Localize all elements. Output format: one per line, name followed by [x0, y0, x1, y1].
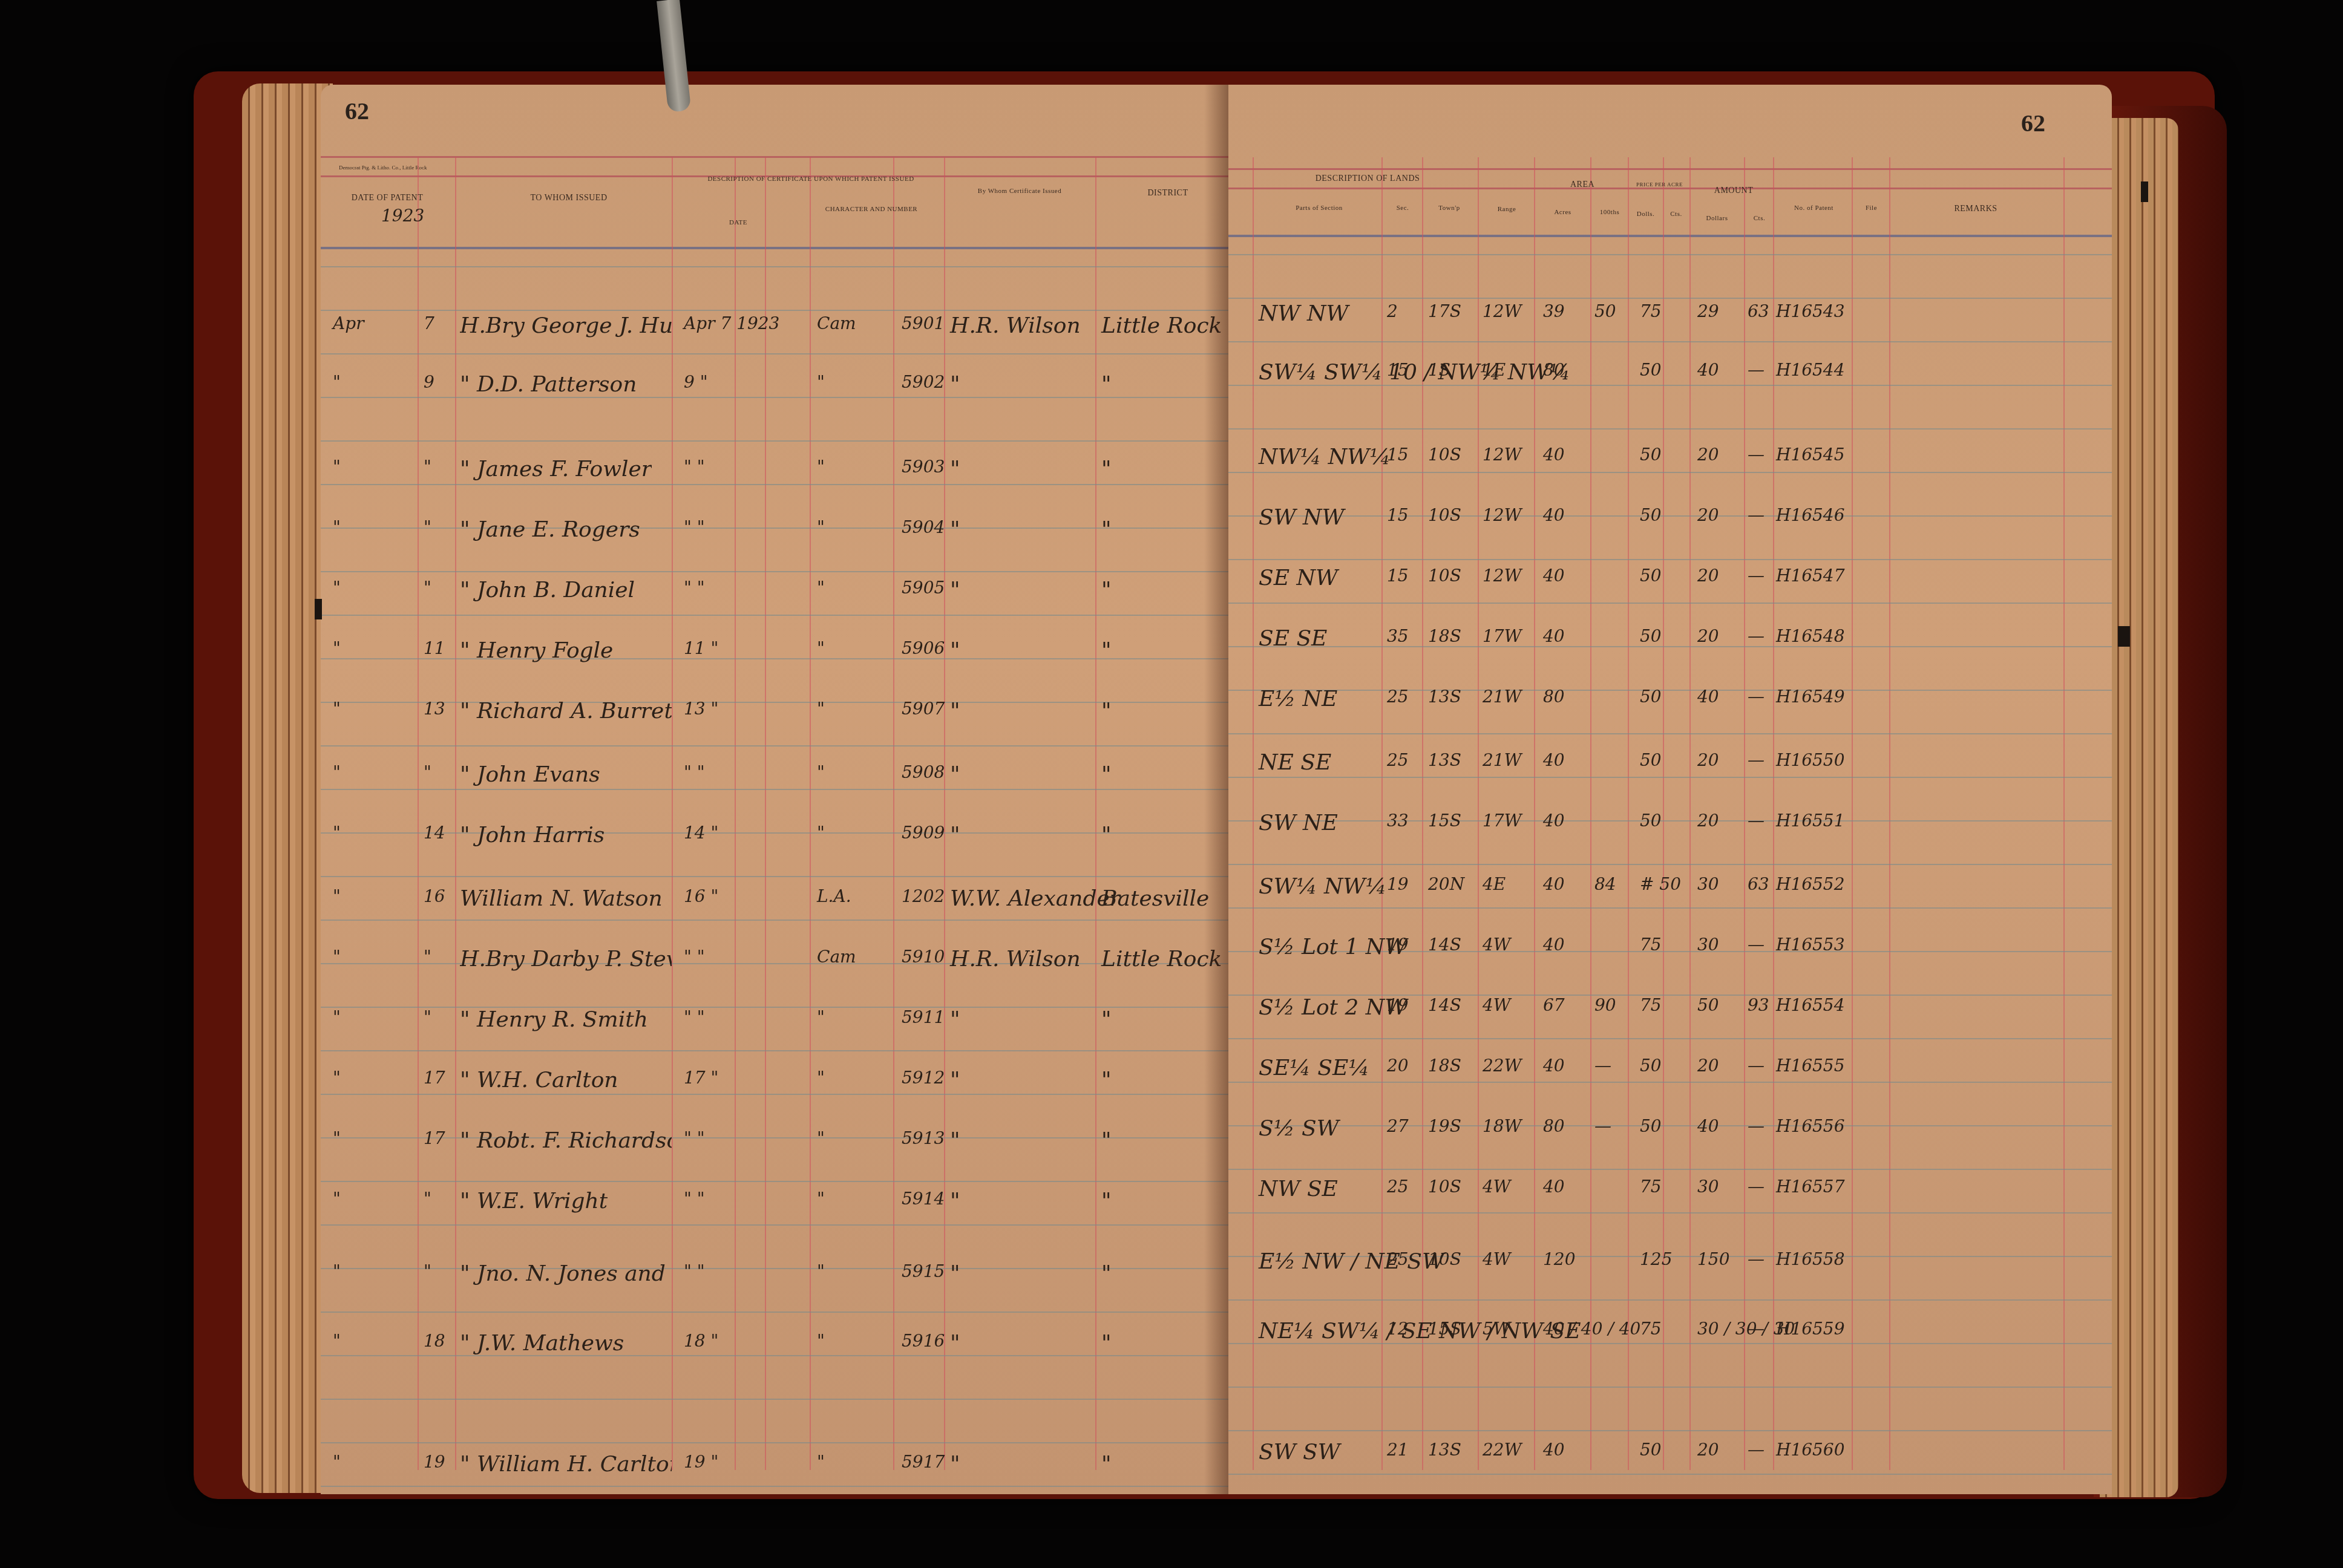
entry-price: 50: [1640, 626, 1662, 646]
entry-day: 7: [424, 313, 434, 333]
entry-day: 17: [424, 1128, 445, 1148]
ruled-line: [321, 1355, 1234, 1356]
entry-rng: 17W: [1483, 626, 1521, 646]
entry-number: 5905: [902, 578, 945, 598]
entry-name: " W.E. Wright: [460, 1189, 608, 1214]
header-price-per-acre: PRICE PER ACRE: [1631, 181, 1688, 188]
entry-rng: 4W: [1483, 1249, 1511, 1269]
entry-acres: 80: [1543, 1116, 1565, 1136]
entry-number: 5910: [902, 947, 945, 967]
entry-rng: 22W: [1483, 1056, 1521, 1076]
entry-cert-date: " ": [684, 457, 705, 477]
entry-cert-date: " ": [684, 578, 705, 598]
entry-sec: 12: [1387, 1319, 1409, 1339]
entry-sec: 19: [1387, 874, 1409, 894]
entry-cert-date: 9 ": [684, 372, 708, 392]
entry-twp: 13S: [1428, 687, 1461, 707]
entry-number: 5907: [902, 699, 945, 719]
entry-patent: H16559: [1776, 1319, 1845, 1339]
entry-acres: 40: [1543, 750, 1565, 770]
ruled-line: [321, 571, 1234, 572]
entry-month: ": [333, 1007, 341, 1027]
entry-number: 5906: [902, 638, 945, 658]
header-remarks: REMARKS: [1894, 204, 2057, 214]
entry-patent: H16551: [1776, 811, 1845, 831]
entry-rng: 12W: [1483, 445, 1521, 465]
entry-amount: 30: [1697, 874, 1719, 894]
header-range: Range: [1483, 206, 1531, 213]
entry-number: 5914: [902, 1189, 945, 1209]
ruled-line: [321, 832, 1234, 834]
ruled-line: [1228, 646, 2112, 647]
entry-month: ": [333, 762, 341, 782]
entry-amount-cts: 63: [1748, 301, 1769, 321]
entry-patent: H16547: [1776, 566, 1845, 586]
entry-day: 9: [424, 372, 434, 392]
entry-cert-date: 16 ": [684, 886, 718, 906]
header-hundredths: 100ths: [1591, 209, 1628, 216]
entry-cert-date: " ": [684, 1261, 705, 1281]
ruled-line: [321, 702, 1234, 703]
ruled-line: [321, 310, 1234, 311]
entry-rng: 4W: [1483, 995, 1511, 1015]
entry-character: ": [817, 1189, 825, 1209]
ruled-line: [1228, 1474, 2112, 1475]
entry-character: ": [817, 1452, 825, 1472]
ruled-line: [1228, 385, 2112, 386]
entry-amount-cts: 93: [1748, 995, 1769, 1015]
entry-sec: 35: [1387, 626, 1409, 646]
entry-part: NW¼ NW¼: [1259, 445, 1391, 469]
entry-by-whom: ": [950, 372, 960, 397]
entry-name: " D.D. Patterson: [460, 372, 637, 397]
entry-patent: H16554: [1776, 995, 1845, 1015]
entry-character: L.A.: [817, 886, 851, 906]
ruled-line: [1228, 1430, 2112, 1431]
entry-cert-date: 18 ": [684, 1331, 718, 1351]
ruled-line: [321, 484, 1234, 485]
entry-hundredths: 50: [1594, 301, 1616, 321]
entry-acres: 39: [1543, 301, 1565, 321]
entry-part: SE SE: [1259, 626, 1327, 651]
ruled-line: [321, 397, 1234, 398]
header-file: File: [1855, 204, 1888, 212]
entry-name: " Henry Fogle: [460, 638, 613, 663]
entry-twp: 15S: [1428, 1319, 1461, 1339]
ruled-line: [1228, 1387, 2112, 1388]
entry-price: 75: [1640, 1177, 1662, 1197]
entry-by-whom: ": [950, 638, 960, 663]
entry-amount: 20: [1697, 750, 1719, 770]
entry-rng: 17W: [1483, 811, 1521, 831]
entry-district: ": [1101, 1068, 1112, 1093]
entry-price: 125: [1640, 1249, 1672, 1269]
entry-cert-date: " ": [684, 947, 705, 967]
entry-amount-cts: —: [1748, 566, 1765, 586]
entry-cert-date: 17 ": [684, 1068, 718, 1088]
entry-name: " John B. Daniel: [460, 578, 635, 603]
entry-number: 5908: [902, 762, 945, 782]
entry-district: ": [1101, 762, 1112, 787]
entry-twp: 17S: [1428, 301, 1461, 321]
ruled-line: [1228, 907, 2112, 909]
entry-sec: 15: [1387, 505, 1409, 525]
entry-part: SW NE: [1259, 811, 1338, 835]
entry-hundredths: 84: [1594, 874, 1616, 894]
entry-by-whom: ": [950, 823, 960, 848]
ruled-line: [321, 963, 1234, 964]
entry-twp: 1S: [1428, 360, 1450, 380]
entry-sec: 19: [1387, 935, 1409, 955]
ruled-line: [321, 658, 1234, 659]
entry-cert-date: " ": [684, 517, 705, 537]
entry-acres: 40: [1543, 1440, 1565, 1460]
entry-twp: 15S: [1428, 811, 1461, 831]
entry-number: 5903: [902, 457, 945, 477]
entry-amount: 20: [1697, 811, 1719, 831]
ruled-line: [1228, 472, 2112, 473]
entry-by-whom: W.W. Alexander: [950, 886, 1120, 911]
ruled-line: [1228, 428, 2112, 430]
entry-amount-cts: —: [1748, 750, 1765, 770]
entry-price: 50: [1640, 505, 1662, 525]
entry-part: S½ Lot 2 NW: [1259, 995, 1407, 1020]
entry-twp: 13S: [1428, 1440, 1461, 1460]
entry-day: 17: [424, 1068, 445, 1088]
entry-price: 75: [1640, 995, 1662, 1015]
entry-patent: H16545: [1776, 445, 1845, 465]
entry-cert-date: Apr 7 1923: [684, 313, 779, 333]
entry-month: ": [333, 1261, 341, 1281]
entry-price: # 50: [1640, 874, 1681, 894]
entry-month: ": [333, 372, 341, 392]
entry-price: 75: [1640, 1319, 1662, 1339]
entry-patent: H16558: [1776, 1249, 1845, 1269]
right-page: 62 DESCRIPTION OF LANDS Parts of Section…: [1228, 85, 2112, 1494]
ruled-line: [321, 1224, 1234, 1226]
entry-number: 5912: [902, 1068, 945, 1088]
ruled-line: [1228, 559, 2112, 560]
printer-line: Democrat Ptg. & Litho. Co., Little Rock: [339, 165, 427, 171]
ruled-line: [321, 1442, 1234, 1443]
entry-price: 50: [1640, 811, 1662, 831]
entry-number: 5901: [902, 313, 945, 333]
entry-amount: 40: [1697, 687, 1719, 707]
ruled-line: [1228, 777, 2112, 778]
entry-name: " Jane E. Rogers: [460, 517, 640, 542]
ruled-line: [321, 1007, 1234, 1008]
entry-sec: 25: [1387, 687, 1409, 707]
entry-acres: 40: [1543, 626, 1565, 646]
entry-rng: 4E: [1483, 874, 1506, 894]
entry-character: ": [817, 762, 825, 782]
entry-rng: 22W: [1483, 1440, 1521, 1460]
entry-sec: 15: [1387, 445, 1409, 465]
header-by-whom: By Whom Certificate Issued: [950, 188, 1089, 195]
header-amount: AMOUNT: [1694, 186, 1773, 196]
entry-twp: 10S: [1428, 1249, 1461, 1269]
entry-rng: 12W: [1483, 505, 1521, 525]
entry-name: " Henry R. Smith: [460, 1007, 648, 1032]
entry-name: " Richard A. Burrett: [460, 699, 672, 724]
entry-amount: 20: [1697, 505, 1719, 525]
entry-amount: 20: [1697, 626, 1719, 646]
entry-price: 75: [1640, 935, 1662, 955]
entry-amount-cts: —: [1748, 505, 1765, 525]
entry-character: ": [817, 517, 825, 537]
entry-rng: 21W: [1483, 687, 1521, 707]
entry-patent: H16543: [1776, 301, 1845, 321]
entry-acres: 40: [1543, 1056, 1565, 1076]
entry-day: ": [424, 1007, 431, 1027]
entry-part: S½ SW: [1259, 1116, 1339, 1141]
entry-hundredths: 90: [1594, 995, 1616, 1015]
ruled-line: [321, 1181, 1234, 1182]
entry-sec: 19: [1387, 995, 1409, 1015]
entry-character: Cam: [817, 313, 856, 333]
ruled-line: [321, 789, 1234, 790]
entry-district: ": [1101, 823, 1112, 848]
entry-day: ": [424, 947, 431, 967]
entry-acres: 40: [1543, 811, 1565, 831]
ruled-line: [1228, 341, 2112, 342]
entry-character: ": [817, 1007, 825, 1027]
entry-part: SE¼ SE¼: [1259, 1056, 1369, 1080]
entry-day: 16: [424, 886, 445, 906]
entry-acres: 40 / 40 / 40: [1543, 1319, 1640, 1339]
entry-acres: 80: [1543, 687, 1565, 707]
entry-cert-date: 19 ": [684, 1452, 718, 1472]
entry-patent: H16556: [1776, 1116, 1845, 1136]
entry-name: " Jno. N. Jones and Bonita McGinnis: [460, 1261, 672, 1286]
ruled-line: [1228, 1299, 2112, 1301]
entry-day: ": [424, 578, 431, 598]
entry-character: ": [817, 372, 825, 392]
entry-sec: 15: [1387, 566, 1409, 586]
entry-amount-cts: —: [1748, 1116, 1765, 1136]
entry-district: ": [1101, 1452, 1112, 1477]
entry-twp: 19S: [1428, 1116, 1461, 1136]
entry-price: 50: [1640, 1440, 1662, 1460]
entry-district: ": [1101, 699, 1112, 724]
entry-hundredths: —: [1594, 1056, 1611, 1076]
ruled-line: [321, 1312, 1234, 1313]
entry-name: H.Bry Darby P. Stevens: [460, 947, 672, 972]
entry-month: ": [333, 638, 341, 658]
header-parts-of-section: Parts of Section: [1265, 204, 1374, 212]
entry-by-whom: H.R. Wilson: [950, 313, 1081, 338]
entry-by-whom: H.R. Wilson: [950, 947, 1081, 972]
entry-by-whom: ": [950, 1007, 960, 1032]
header-certificate-group: DESCRIPTION OF CERTIFICATE UPON WHICH PA…: [684, 175, 938, 183]
entry-rng: 18W: [1483, 1116, 1521, 1136]
entry-hundredths: —: [1594, 1116, 1611, 1136]
entry-rng: 4W: [1483, 935, 1511, 955]
entry-twp: 18S: [1428, 626, 1461, 646]
entry-sec: 25: [1387, 1249, 1409, 1269]
entry-day: 13: [424, 699, 445, 719]
ruled-line: [321, 920, 1234, 921]
left-page: 62 Democrat Ptg. & Litho. Co., Little Ro…: [321, 85, 1234, 1494]
entry-by-whom: ": [950, 457, 960, 482]
entry-district: ": [1101, 1007, 1112, 1032]
ruled-line: [321, 353, 1234, 354]
entry-name: " James F. Fowler: [460, 457, 652, 482]
ruled-line: [1228, 864, 2112, 865]
entry-name: " W.H. Carlton: [460, 1068, 618, 1093]
entry-part: SW¼ NW¼: [1259, 874, 1386, 899]
entry-amount: 30: [1697, 1177, 1719, 1197]
entry-district: ": [1101, 1128, 1112, 1153]
entry-twp: 20N: [1428, 874, 1464, 894]
entry-district: ": [1101, 578, 1112, 603]
header-no-of-patent: No. of Patent: [1776, 204, 1852, 212]
ruled-line: [1228, 690, 2112, 691]
index-tab-marker: [2118, 626, 2130, 647]
ruled-line: [321, 266, 1234, 267]
entry-number: 5913: [902, 1128, 945, 1148]
entry-cert-date: " ": [684, 762, 705, 782]
entry-district: ": [1101, 372, 1112, 397]
entry-month: ": [333, 886, 341, 906]
entry-part: NE SE: [1259, 750, 1331, 775]
entry-cert-date: 14 ": [684, 823, 718, 843]
entry-patent: H16552: [1776, 874, 1845, 894]
entry-acres: 67: [1543, 995, 1565, 1015]
entry-district: ": [1101, 1189, 1112, 1214]
entry-cert-date: 13 ": [684, 699, 718, 719]
entry-acres: 40: [1543, 935, 1565, 955]
entry-twp: 10S: [1428, 445, 1461, 465]
entry-day: 19: [424, 1452, 445, 1472]
page-edges-left: [242, 83, 333, 1493]
ruled-line: [1228, 733, 2112, 734]
entry-patent: H16549: [1776, 687, 1845, 707]
entry-amount-cts: —: [1748, 935, 1765, 955]
entry-patent: H16555: [1776, 1056, 1845, 1076]
entry-price: 50: [1640, 566, 1662, 586]
ruled-line: [1228, 1169, 2112, 1170]
entry-character: ": [817, 823, 825, 843]
entry-amount: 30: [1697, 935, 1719, 955]
entry-sec: 15: [1387, 360, 1409, 380]
ruled-line: [321, 440, 1234, 442]
entry-month: ": [333, 947, 341, 967]
entry-patent: H16544: [1776, 360, 1845, 380]
entry-character: ": [817, 578, 825, 598]
entry-part: SW NW: [1259, 505, 1345, 530]
entry-part: NW NW: [1259, 301, 1348, 326]
entry-amount-cts: —: [1748, 811, 1765, 831]
entry-price: 50: [1640, 1116, 1662, 1136]
entry-by-whom: ": [950, 1068, 960, 1093]
ruled-line: [1228, 1038, 2112, 1039]
entry-amount-cts: 63: [1748, 874, 1769, 894]
entry-rng: 12W: [1483, 301, 1521, 321]
entry-cert-date: " ": [684, 1128, 705, 1148]
entry-sec: 2: [1387, 301, 1398, 321]
ruled-line: [321, 528, 1234, 529]
entry-month: ": [333, 578, 341, 598]
entry-by-whom: ": [950, 1452, 960, 1477]
entry-cert-date: 11 ": [684, 638, 718, 658]
entry-acres: 80: [1543, 360, 1565, 380]
entry-amount: 150: [1697, 1249, 1729, 1269]
entry-price: 75: [1640, 301, 1662, 321]
ruled-line: [1228, 254, 2112, 255]
entry-sec: 33: [1387, 811, 1409, 831]
entry-sec: 25: [1387, 750, 1409, 770]
entry-twp: 13S: [1428, 750, 1461, 770]
ruled-line: [321, 745, 1234, 746]
entry-district: ": [1101, 1331, 1112, 1356]
entry-month: Apr: [333, 313, 364, 333]
entry-part: E½ NW / NE SW: [1259, 1249, 1444, 1274]
header-amount-cts: Cts.: [1746, 215, 1773, 222]
entry-month: ": [333, 457, 341, 477]
entry-day: ": [424, 762, 431, 782]
entry-amount: 29: [1697, 301, 1719, 321]
entry-number: 5909: [902, 823, 945, 843]
entry-character: ": [817, 638, 825, 658]
year: 1923: [381, 206, 424, 226]
ruled-line: [1228, 603, 2112, 604]
page-number-left: 62: [345, 97, 369, 125]
entry-month: ": [333, 517, 341, 537]
entry-name: " Robt. F. Richardson: [460, 1128, 672, 1153]
entry-month: ": [333, 1128, 341, 1148]
ruled-line: [1228, 1082, 2112, 1083]
ruled-line: [1228, 515, 2112, 517]
header-area: AREA: [1537, 180, 1628, 190]
header-description-of-lands: DESCRIPTION OF LANDS: [1277, 174, 1458, 184]
entry-part: NW SE: [1259, 1177, 1338, 1201]
entry-amount-cts: —: [1748, 1319, 1765, 1339]
ruled-line: [321, 1050, 1234, 1051]
entry-part: SE NW: [1259, 566, 1338, 590]
entry-name: " William H. Carlton: [460, 1452, 672, 1477]
entry-month: ": [333, 699, 341, 719]
entry-amount: 40: [1697, 360, 1719, 380]
entry-price: 50: [1640, 750, 1662, 770]
entry-amount-cts: —: [1748, 1440, 1765, 1460]
header-township: Town'p: [1425, 204, 1473, 212]
entry-number: 5902: [902, 372, 945, 392]
entry-number: 5911: [902, 1007, 945, 1027]
entry-name: " John Harris: [460, 823, 605, 848]
ruled-line: [321, 1486, 1234, 1487]
entry-character: ": [817, 1331, 825, 1351]
entry-day: 14: [424, 823, 445, 843]
entry-name: H.Bry George J. Hunter: [460, 313, 672, 338]
entry-character: ": [817, 457, 825, 477]
entry-district: Batesville: [1101, 886, 1209, 911]
entry-twp: 14S: [1428, 995, 1461, 1015]
ruled-line: [321, 876, 1234, 877]
index-tab-marker: [315, 599, 322, 619]
entry-cert-date: " ": [684, 1189, 705, 1209]
entry-part: S½ Lot 1 NW: [1259, 935, 1407, 959]
entry-amount-cts: —: [1748, 360, 1765, 380]
entry-rng: 5W: [1483, 1319, 1511, 1339]
entry-by-whom: ": [950, 578, 960, 603]
ruled-line: [321, 1268, 1234, 1269]
entry-acres: 40: [1543, 1177, 1565, 1197]
entry-by-whom: ": [950, 1331, 960, 1356]
entry-month: ": [333, 1452, 341, 1472]
entry-month: ": [333, 823, 341, 843]
entry-amount: 20: [1697, 1056, 1719, 1076]
